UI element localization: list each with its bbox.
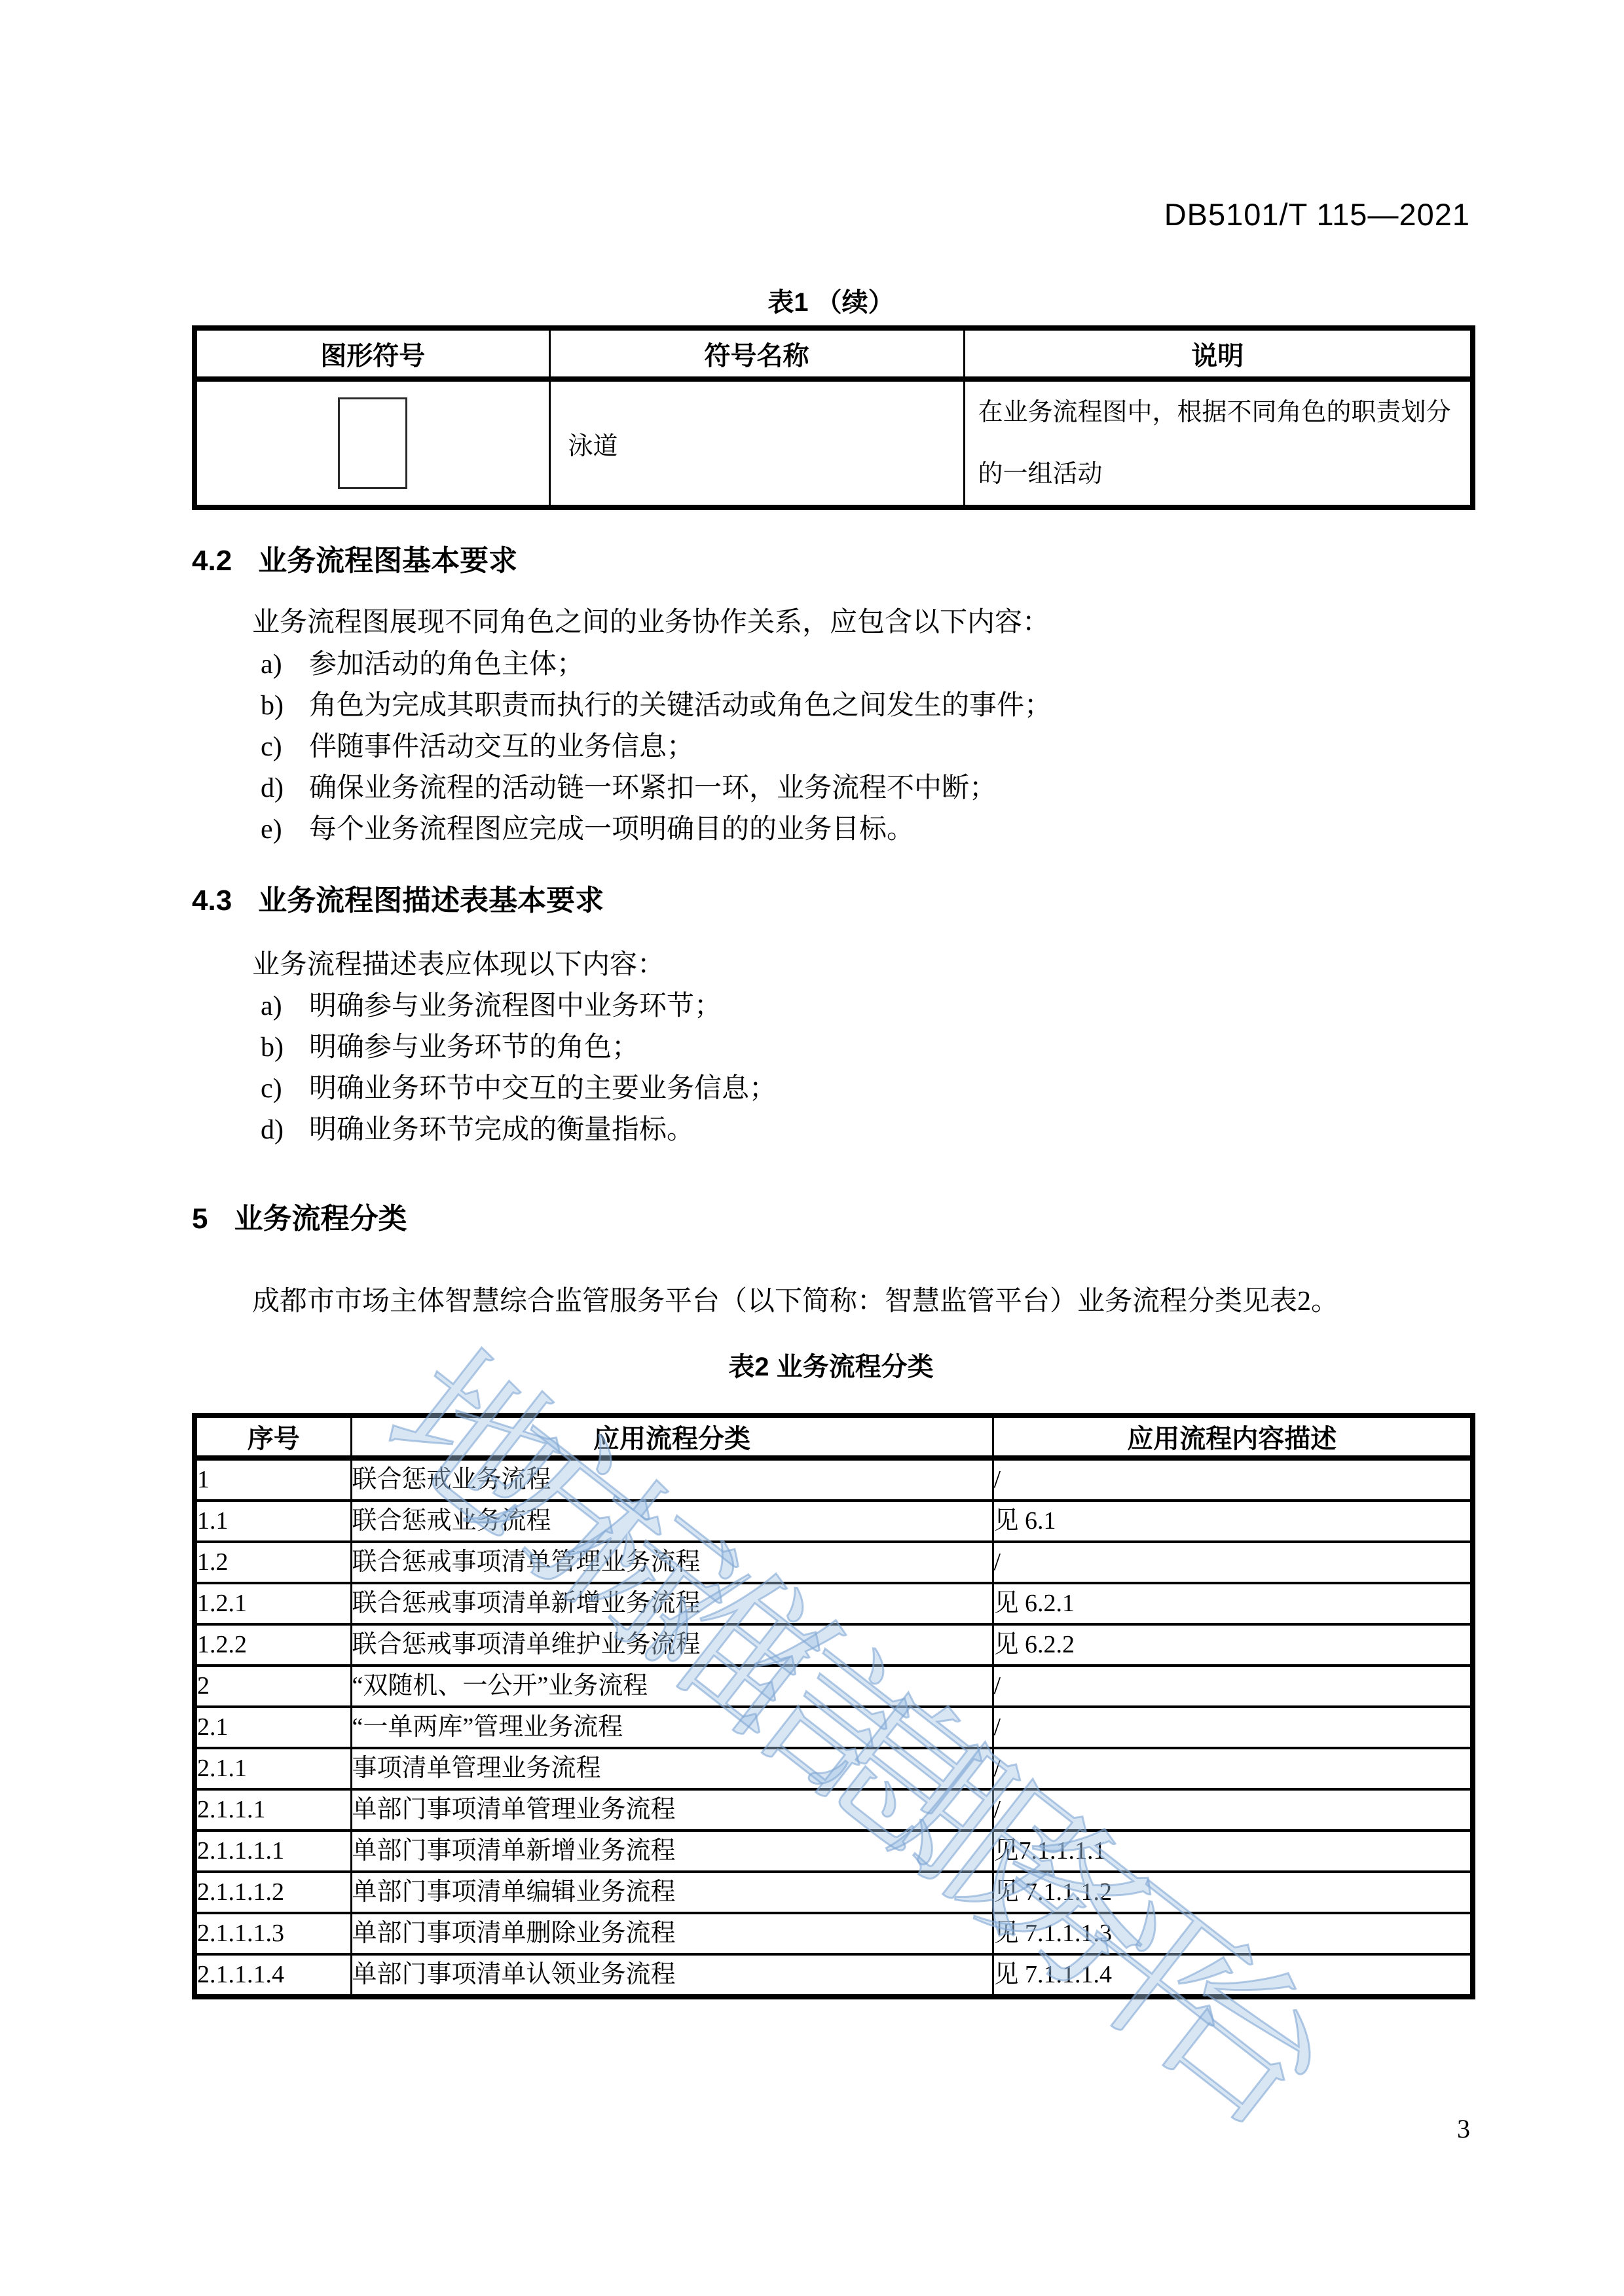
- category-cell: 联合惩戒事项清单管理业务流程: [351, 1542, 993, 1583]
- list-item: c)伴随事件活动交互的业务信息；: [261, 727, 1472, 768]
- table-row: 2.1.1.1.2单部门事项清单编辑业务流程见 7.1.1.1.2: [194, 1872, 1473, 1913]
- list-label: d): [261, 768, 309, 809]
- category-cell: “双随机、一公开”业务流程: [351, 1666, 993, 1707]
- section-number: 5: [192, 1203, 208, 1235]
- content-description-cell: 见 7.1.1.1.4: [993, 1954, 1473, 1997]
- list-text: 明确参与业务流程图中业务环节；: [309, 991, 722, 1021]
- list-label: a): [261, 644, 309, 685]
- row-number-cell: 1.2.2: [194, 1624, 351, 1666]
- list-text: 确保业务流程的活动链一环紧扣一环，业务流程不中断；: [309, 773, 997, 803]
- table-row: 泳道 在业务流程图中，根据不同角色的职责划分的一组活动: [194, 379, 1473, 507]
- column-header-category: 应用流程分类: [351, 1415, 993, 1458]
- table-row: 2.1.1.1.3单部门事项清单删除业务流程见 7.1.1.1.3: [194, 1913, 1473, 1954]
- category-cell: 单部门事项清单认领业务流程: [351, 1954, 993, 1997]
- section-4-2-intro: 业务流程图展现不同角色之间的业务协作关系，应包含以下内容：: [252, 608, 1470, 638]
- section-heading-4-3: 4.3业务流程图描述表基本要求: [192, 884, 604, 917]
- section-heading-4-2: 4.2业务流程图基本要求: [192, 545, 517, 577]
- list-label: e): [261, 809, 309, 850]
- table-row: 2.1.1事项清单管理业务流程/: [194, 1748, 1473, 1789]
- row-number-cell: 1.1: [194, 1501, 351, 1542]
- category-cell: 联合惩戒事项清单维护业务流程: [351, 1624, 993, 1666]
- list-item: a)明确参与业务流程图中业务环节；: [261, 986, 1472, 1027]
- list-text: 明确业务环节完成的衡量指标。: [309, 1115, 694, 1145]
- list-text: 每个业务流程图应完成一项明确目的的业务目标。: [309, 814, 914, 845]
- list-text: 参加活动的角色主体；: [309, 649, 584, 680]
- section-4-3-list: a)明确参与业务流程图中业务环节； b)明确参与业务环节的角色； c)明确业务环…: [261, 986, 1472, 1151]
- row-number-cell: 2.1: [194, 1707, 351, 1748]
- category-cell: 事项清单管理业务流程: [351, 1748, 993, 1789]
- content-description-cell: 见 7.1.1.1.2: [993, 1872, 1473, 1913]
- category-cell: 联合惩戒业务流程: [351, 1458, 993, 1501]
- row-number-cell: 1.2.1: [194, 1583, 351, 1624]
- category-cell: 联合惩戒业务流程: [351, 1501, 993, 1542]
- category-cell: 单部门事项清单删除业务流程: [351, 1913, 993, 1954]
- category-cell: “一单两库”管理业务流程: [351, 1707, 993, 1748]
- swimlane-rectangle-icon: [338, 397, 407, 489]
- content-description-cell: 见 6.1: [993, 1501, 1473, 1542]
- section-5-intro: 成都市市场主体智慧综合监管服务平台（以下简称：智慧监管平台）业务流程分类见表2。: [252, 1286, 1470, 1317]
- table-row: 1.1联合惩戒业务流程见 6.1: [194, 1501, 1473, 1542]
- table2-header-row: 序号 应用流程分类 应用流程内容描述: [194, 1415, 1473, 1458]
- list-item: e)每个业务流程图应完成一项明确目的的业务目标。: [261, 809, 1472, 850]
- table-row: 1.2.1联合惩戒事项清单新增业务流程见 6.2.1: [194, 1583, 1473, 1624]
- table-row: 2.1“一单两库”管理业务流程/: [194, 1707, 1473, 1748]
- table-row: 2.1.1.1单部门事项清单管理业务流程/: [194, 1789, 1473, 1831]
- symbol-cell: [194, 379, 549, 507]
- table1-symbols: 图形符号 符号名称 说明 泳道 在业务流程图中，根据不同角色的职责划分的一组活动: [192, 325, 1475, 510]
- row-number-cell: 2.1.1.1.3: [194, 1913, 351, 1954]
- section-title: 业务流程分类: [234, 1203, 407, 1235]
- content-description-cell: 见 6.2.1: [993, 1583, 1473, 1624]
- row-number-cell: 2.1.1.1.2: [194, 1872, 351, 1913]
- standard-code: DB5101/T 115—2021: [192, 198, 1470, 232]
- table2-process-classification: 序号 应用流程分类 应用流程内容描述 1联合惩戒业务流程/1.1联合惩戒业务流程…: [192, 1413, 1475, 1999]
- category-cell: 联合惩戒事项清单新增业务流程: [351, 1583, 993, 1624]
- list-item: b)角色为完成其职责而执行的关键活动或角色之间发生的事件；: [261, 685, 1472, 727]
- section-number: 4.2: [192, 545, 232, 577]
- table-row: 1联合惩戒业务流程/: [194, 1458, 1473, 1501]
- symbol-name-cell: 泳道: [549, 379, 964, 507]
- table1-caption: 表1 （续）: [192, 287, 1470, 318]
- row-number-cell: 1.2: [194, 1542, 351, 1583]
- list-text: 明确参与业务环节的角色；: [309, 1032, 639, 1063]
- list-item: d)明确业务环节完成的衡量指标。: [261, 1110, 1472, 1151]
- table-row: 2“双随机、一公开”业务流程/: [194, 1666, 1473, 1707]
- list-text: 角色为完成其职责而执行的关键活动或角色之间发生的事件；: [309, 691, 1052, 721]
- list-label: c): [261, 727, 309, 768]
- column-header-content-desc: 应用流程内容描述: [993, 1415, 1473, 1458]
- category-cell: 单部门事项清单新增业务流程: [351, 1831, 993, 1872]
- section-4-3-intro: 业务流程描述表应体现以下内容：: [252, 950, 1470, 980]
- list-item: b)明确参与业务环节的角色；: [261, 1027, 1472, 1068]
- content-description-cell: /: [993, 1748, 1473, 1789]
- row-number-cell: 2.1.1.1: [194, 1789, 351, 1831]
- column-header-symbol: 图形符号: [194, 328, 549, 379]
- list-label: c): [261, 1068, 309, 1110]
- content-description-cell: 见 7.1.1.1.3: [993, 1913, 1473, 1954]
- content-description-cell: /: [993, 1789, 1473, 1831]
- table2-caption: 表2 业务流程分类: [192, 1351, 1470, 1383]
- table2-body: 1联合惩戒业务流程/1.1联合惩戒业务流程见 6.11.2联合惩戒事项清单管理业…: [194, 1458, 1473, 1997]
- list-text: 明确业务环节中交互的主要业务信息；: [309, 1074, 777, 1104]
- table1-header-row: 图形符号 符号名称 说明: [194, 328, 1473, 379]
- section-number: 4.3: [192, 884, 232, 917]
- list-text: 伴随事件活动交互的业务信息；: [309, 732, 694, 762]
- list-label: a): [261, 986, 309, 1027]
- section-heading-5: 5业务流程分类: [192, 1203, 407, 1235]
- category-cell: 单部门事项清单编辑业务流程: [351, 1872, 993, 1913]
- list-label: d): [261, 1110, 309, 1151]
- section-title: 业务流程图基本要求: [258, 545, 517, 577]
- table-row: 2.1.1.1.4单部门事项清单认领业务流程见 7.1.1.1.4: [194, 1954, 1473, 1997]
- column-header-no: 序号: [194, 1415, 351, 1458]
- content-description-cell: 见7.1.1.1.1: [993, 1831, 1473, 1872]
- table-row: 2.1.1.1.1单部门事项清单新增业务流程见7.1.1.1.1: [194, 1831, 1473, 1872]
- page-number: 3: [192, 2115, 1470, 2143]
- list-item: d)确保业务流程的活动链一环紧扣一环，业务流程不中断；: [261, 768, 1472, 809]
- content-description-cell: /: [993, 1666, 1473, 1707]
- column-header-symbol-name: 符号名称: [549, 328, 964, 379]
- content-description-cell: /: [993, 1707, 1473, 1748]
- symbol-description-cell: 在业务流程图中，根据不同角色的职责划分的一组活动: [964, 379, 1473, 507]
- row-number-cell: 1: [194, 1458, 351, 1501]
- document-page: DB5101/T 115—2021 表1 （续） 图形符号 符号名称 说明 泳道…: [0, 0, 1624, 2296]
- section-title: 业务流程图描述表基本要求: [258, 884, 604, 917]
- row-number-cell: 2: [194, 1666, 351, 1707]
- list-item: c)明确业务环节中交互的主要业务信息；: [261, 1068, 1472, 1110]
- content-description-cell: /: [993, 1458, 1473, 1501]
- list-label: b): [261, 685, 309, 727]
- row-number-cell: 2.1.1.1.1: [194, 1831, 351, 1872]
- content-description-cell: /: [993, 1542, 1473, 1583]
- column-header-description: 说明: [964, 328, 1473, 379]
- row-number-cell: 2.1.1: [194, 1748, 351, 1789]
- table-row: 1.2联合惩戒事项清单管理业务流程/: [194, 1542, 1473, 1583]
- list-label: b): [261, 1027, 309, 1068]
- table-row: 1.2.2联合惩戒事项清单维护业务流程见 6.2.2: [194, 1624, 1473, 1666]
- category-cell: 单部门事项清单管理业务流程: [351, 1789, 993, 1831]
- section-4-2-list: a)参加活动的角色主体； b)角色为完成其职责而执行的关键活动或角色之间发生的事…: [261, 644, 1472, 850]
- content-description-cell: 见 6.2.2: [993, 1624, 1473, 1666]
- row-number-cell: 2.1.1.1.4: [194, 1954, 351, 1997]
- list-item: a)参加活动的角色主体；: [261, 644, 1472, 685]
